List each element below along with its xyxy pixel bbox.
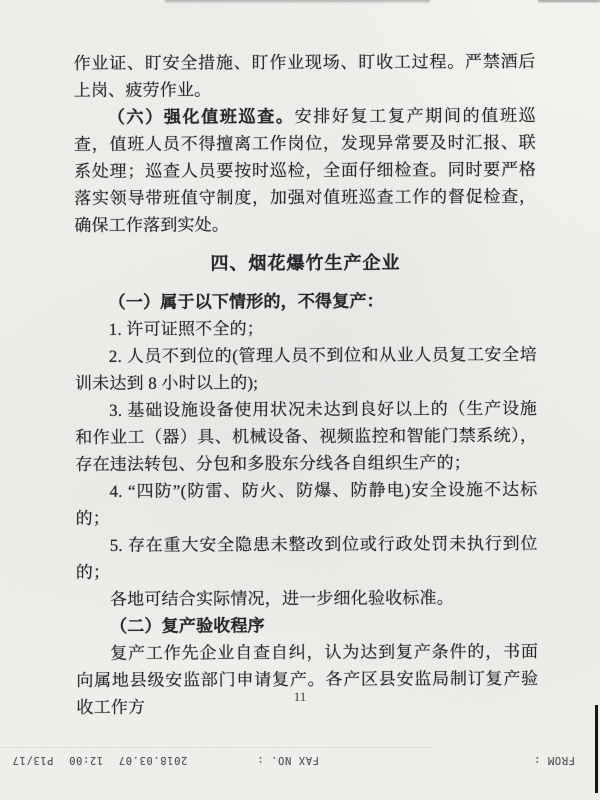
fax-header-upside-down: FROM : FAX NO. : 2018.03.07 12:00 P13/17 xyxy=(0,749,600,769)
paragraph: 各地可结合实际情况，进一步细化验收标准。 xyxy=(76,584,538,613)
scan-crease xyxy=(0,747,430,748)
paragraph: 作业证、盯安全措施、盯作业现场、盯收工过程。严禁酒后上岗、疲劳作业。 xyxy=(74,48,536,104)
paragraph: 2. 人员不到位的(管理人员不到位和从业人员复工安全培训未达到 8 小时以上的)… xyxy=(75,341,537,397)
paragraph: （二）复产验收程序 xyxy=(76,611,538,640)
document-body: 作业证、盯安全措施、盯作业现场、盯收工过程。严禁酒后上岗、疲劳作业。 （六）强化… xyxy=(74,48,539,721)
paragraph-text: 复产工作先企业自查自纠，认为达到复产条件的，书面向属地县级安监部门申请复产。各产… xyxy=(76,642,538,717)
paragraph: （一）属于以下情形的，不得复产： xyxy=(75,287,537,316)
section-heading: 四、烟花爆竹生产企业 xyxy=(74,249,536,278)
paragraph-text: 作业证、盯安全措施、盯作业现场、盯收工过程。严禁酒后上岗、疲劳作业。 xyxy=(74,52,536,100)
fax-from-label: FROM : xyxy=(533,754,575,766)
fax-page-indicator: P13/17 xyxy=(12,754,54,766)
scan-edge-line xyxy=(595,705,598,793)
fax-number-label: FAX NO. : xyxy=(257,754,319,766)
scan-smudge-top xyxy=(165,0,430,3)
fax-time: 12:00 xyxy=(69,754,104,766)
paragraph: 5. 存在重大安全隐患未整改到位或行政处罚未执行到位的； xyxy=(76,530,538,586)
paragraph: 1. 许可证照不全的； xyxy=(75,314,537,343)
paragraph-text: 3. 基础设施设备使用状况未达到良好以上的（生产设施和作业工（器）具、机械设备、… xyxy=(75,399,537,474)
paragraph-text: 2. 人员不到位的(管理人员不到位和从业人员复工安全培训未达到 8 小时以上的)… xyxy=(75,345,537,393)
fax-date: 2018.03.07 xyxy=(118,754,187,766)
paragraph: 复产工作先企业自查自纠，认为达到复产条件的，书面向属地县级安监部门申请复产。各产… xyxy=(76,638,538,721)
paragraph-text: 5. 存在重大安全隐患未整改到位或行政处罚未执行到位的； xyxy=(76,534,538,582)
paragraph: 4. “四防”(防雷、防火、防爆、防静电)安全设施不达标的； xyxy=(75,476,537,532)
page-number: 11 xyxy=(0,689,600,705)
paragraph-lead: （一）属于以下情形的，不得复产： xyxy=(109,292,384,312)
scanned-fax-page: 作业证、盯安全措施、盯作业现场、盯收工过程。严禁酒后上岗、疲劳作业。 （六）强化… xyxy=(0,0,600,800)
paragraph: 3. 基础设施设备使用状况未达到良好以上的（生产设施和作业工（器）具、机械设备、… xyxy=(75,395,537,478)
paragraph-lead: （六）强化值班巡查。 xyxy=(108,107,295,127)
paragraph-lead: （二）复产验收程序 xyxy=(110,616,265,636)
paragraph-text: 1. 许可证照不全的； xyxy=(109,319,264,339)
fax-meta: 2018.03.07 12:00 P13/17 xyxy=(12,754,187,766)
paragraph-text: 4. “四防”(防雷、防火、防爆、防静电)安全设施不达标的； xyxy=(76,480,538,528)
paragraph: （六）强化值班巡查。安排好复工复产期间的值班巡查，值班人员不得擅离工作岗位，发现… xyxy=(74,102,537,239)
scan-smudge-top-right xyxy=(538,0,600,3)
paragraph-text: 各地可结合实际情况，进一步细化验收标准。 xyxy=(110,588,454,609)
